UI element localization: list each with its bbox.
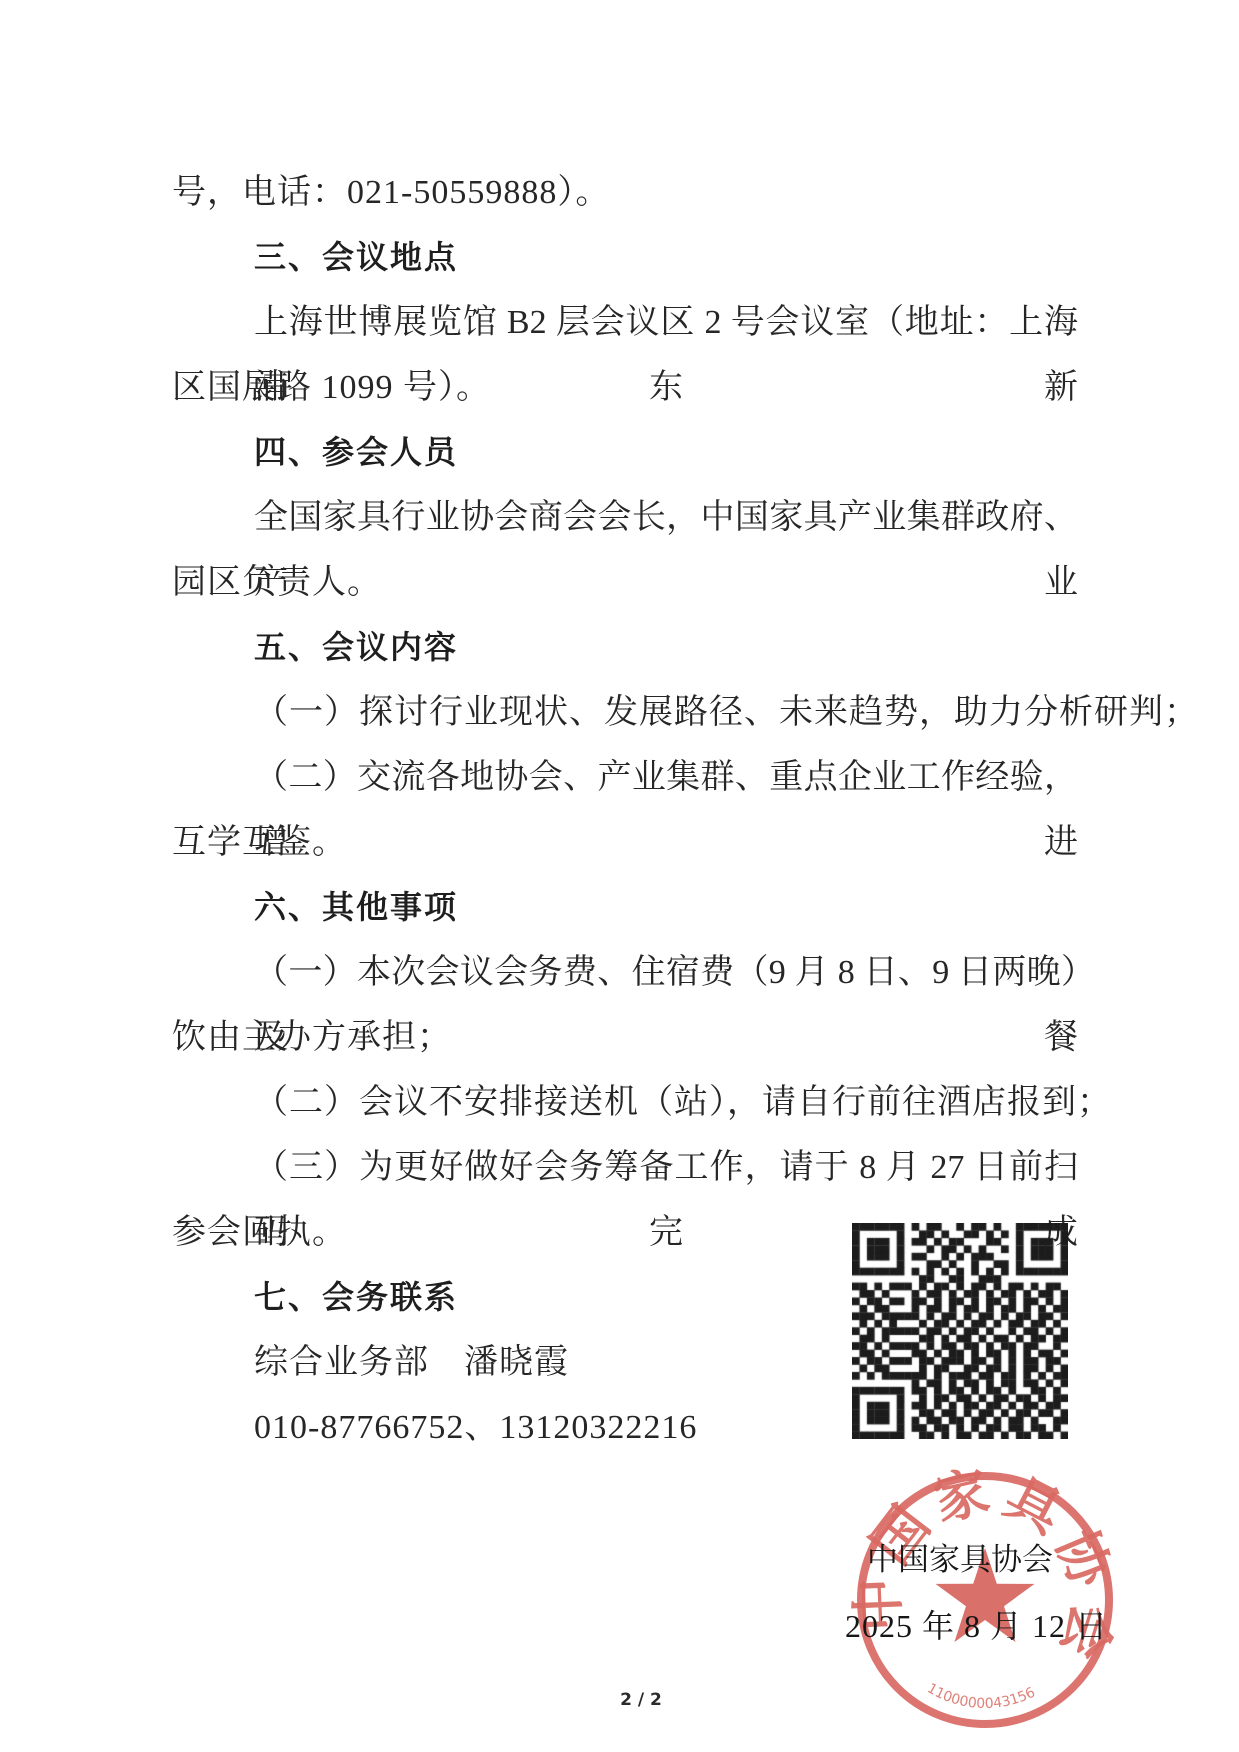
section-heading-agenda: 五、会议内容 — [172, 615, 1078, 680]
doc-line: （三）为更好做好会务筹备工作，请于 8 月 27 日前扫码完成 — [172, 1135, 1078, 1200]
doc-line: （一）探讨行业现状、发展路径、未来趋势，助力分析研判； — [172, 680, 1078, 745]
section-heading-location: 三、会议地点 — [172, 225, 1078, 290]
document-page: 号，电话：021-50559888）。 三、会议地点 上海世博展览馆 B2 层会… — [0, 0, 1239, 1752]
page-number: 2 / 2 — [598, 1690, 684, 1710]
doc-line: 号，电话：021-50559888）。 — [172, 160, 1078, 225]
doc-line: （二）会议不安排接送机（站），请自行前往酒店报到； — [172, 1070, 1078, 1135]
doc-line: 全国家具行业协会商会会长，中国家具产业集群政府、产业 — [172, 485, 1078, 550]
section-heading-other: 六、其他事项 — [172, 875, 1078, 940]
doc-line: （二）交流各地协会、产业集群、重点企业工作经验，增进 — [172, 745, 1078, 810]
doc-line: （一）本次会议会务费、住宿费（9 月 8 日、9 日两晚）及餐 — [172, 940, 1078, 1005]
section-heading-participants: 四、参会人员 — [172, 420, 1078, 485]
official-seal-stamp: 中国家具协会 1100000043156 — [845, 1455, 1135, 1745]
seal-serial-number: 1100000043156 — [924, 1680, 1040, 1712]
issue-date: 2025 年 8 月 12 日 — [845, 1601, 1108, 1647]
svg-text:1100000043156: 1100000043156 — [924, 1680, 1040, 1712]
issuer-org-name: 中国家具协会 — [867, 1534, 1053, 1579]
qr-code — [852, 1223, 1068, 1439]
doc-line: 上海世博展览馆 B2 层会议区 2 号会议室（地址：上海浦东新 — [172, 290, 1078, 355]
